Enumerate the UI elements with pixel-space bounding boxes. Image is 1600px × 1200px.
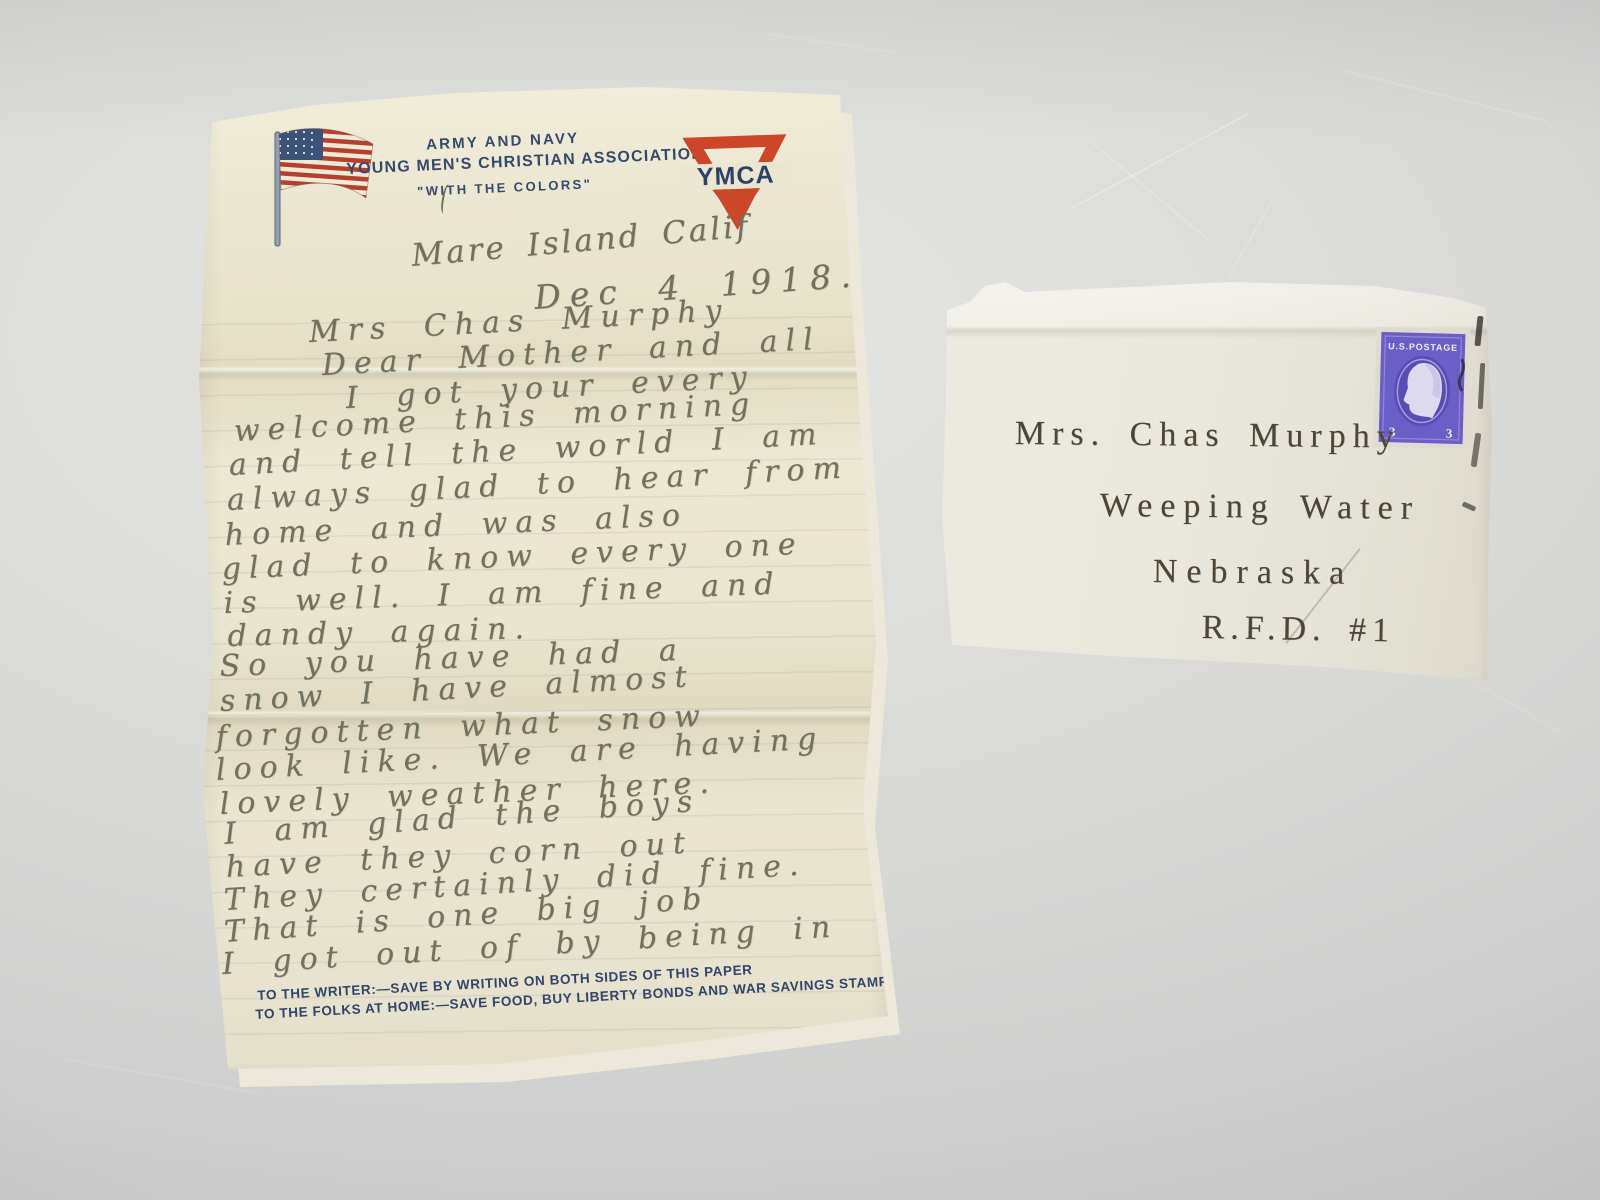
- surface-scratch: [761, 32, 900, 53]
- stamp-denomination-right: 3: [1446, 426, 1453, 441]
- address-line: Nebraska: [1153, 553, 1354, 593]
- address-line: Weeping Water: [1100, 487, 1421, 528]
- letter-sheet: ARMY AND NAVY YOUNG MEN'S CHRISTIAN ASSO…: [195, 78, 895, 1083]
- envelope: U.S.POSTAGE 3 3 Mrs. Chas Murphy Weeping…: [930, 268, 1495, 693]
- address-line: R.F.D. #1: [1201, 609, 1395, 650]
- surface-scratch: [1343, 70, 1547, 123]
- ymca-logo-label: YMCA: [696, 161, 775, 192]
- surface-scratch: [1071, 113, 1249, 209]
- stamp-top-label: U.S.POSTAGE: [1388, 341, 1458, 353]
- address-line: Mrs. Chas Murphy: [1015, 415, 1401, 456]
- surface-scratch: [1092, 142, 1208, 240]
- postmark-smudge: [1430, 284, 1478, 292]
- photo-letter-and-envelope: { "letter": { "header": { "line1": "ARMY…: [0, 0, 1600, 1200]
- surface-scratch: [1227, 200, 1274, 279]
- surface-scratch: [1463, 675, 1568, 737]
